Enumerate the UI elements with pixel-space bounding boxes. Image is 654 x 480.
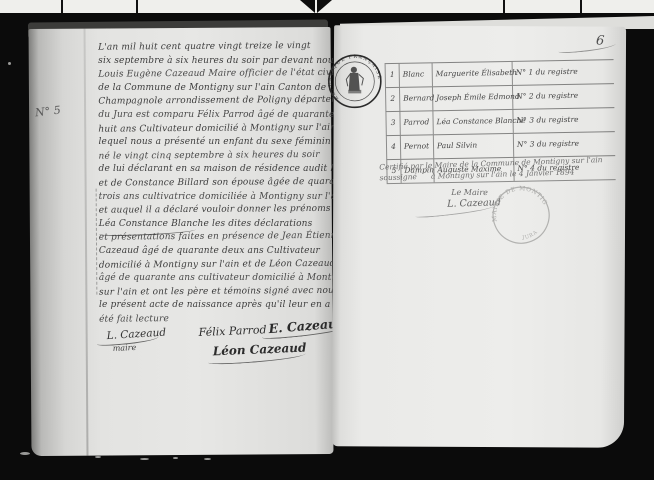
handwritten-line: né le vingt cinq septembre à six heures … [98,149,324,164]
index-table-cell: Parrod [399,111,432,135]
svg-text:MAIRIE DE MONTIGNY: MAIRIE DE MONTIGNY [488,182,549,228]
handwritten-line: et de Constance Billard son épouse âgée … [99,176,325,191]
handwritten-line: de lui déclarant en sa maison de résiden… [99,163,325,177]
film-tick-mark [503,0,505,13]
handwritten-line: Champagnole arrondissement de Poligny dé… [98,94,324,109]
index-table-cell: Marguerite Élisabeth [432,62,512,86]
index-table-row: 3ParrodLéa Constance BlancheN° 3 du regi… [385,107,614,135]
certification-title: Le Maire [451,188,488,197]
index-table-cell: Pernot [400,135,433,159]
index-table-cell: Blanc [399,63,432,87]
handwritten-line: et auquel il a déclaré vouloir donner le… [99,203,325,218]
index-table-cell: 4 [386,136,400,159]
microfilm-scan: N° 5 L'an mil huit cent quatre vingt tre… [0,0,654,480]
handwritten-line: du Jura est comparu Félix Parrod âgé de … [98,109,324,123]
signature-father: Félix Parrod [198,323,266,339]
paper-speck [95,456,101,458]
act-number-margin-note: N° 5 [34,104,61,120]
down-arrow-frame-marker-icon [317,0,332,13]
handwritten-line: huit ans Cultivateur domicilié à Montign… [98,121,324,136]
index-table-cell: N° 1 du registre [512,60,614,85]
handwritten-line: Cazeaud âgé de quarante deux ans Cultiva… [99,245,325,259]
register-left-page: N° 5 L'an mil huit cent quatre vingt tre… [29,27,334,456]
film-tick-mark [136,0,138,13]
index-table-cell: N° 2 du registre [512,84,614,109]
mairie-round-stamp-icon: MAIRIE DE MONTIGNY JURA [488,182,554,248]
paper-speck [8,62,11,65]
handwritten-line: six septembre à six heures du soir par d… [98,54,324,68]
handwritten-line: domicilié à Montigny sur l'ain et de Léo… [99,257,325,272]
page-number-flourish [558,41,616,54]
index-table-row: 1BlancMarguerite ÉlisabethN° 1 du regist… [385,59,614,87]
handwritten-line: de la Commune de Montigny sur l'ain Cant… [98,82,324,96]
index-table-cell: Joseph Émile Edmond [432,86,512,110]
register-right-page: 6 RÉPUBLIQUE FRANÇAISE 1BlancMarguerite … [332,25,626,448]
film-tick-mark [580,0,582,13]
handwritten-line: sur l'ain et ont les père et témoins sig… [99,285,325,300]
index-table-row: 2BernardJoseph Émile EdmondN° 2 du regis… [385,83,614,111]
birth-act-text: L'an mil huit cent quatre vingt treize l… [98,40,325,326]
paper-speck [20,452,30,455]
index-table-cell: 2 [385,88,399,111]
handwritten-line: L'an mil huit cent quatre vingt treize l… [98,40,324,55]
index-table-cell: 1 [385,64,399,87]
index-table-cell: Paul Silvin [433,134,513,158]
paper-speck [140,458,149,460]
margin-rule [96,189,98,295]
signature-mayor-title: maire [113,343,137,353]
down-arrow-frame-marker-icon [300,0,315,13]
index-table-cell: Bernard [399,87,432,111]
index-table-cell: Léa Constance Blanche [432,110,512,134]
index-table-cell: N° 3 du registre [512,108,614,133]
index-table-cell: N° 3 du registre [513,132,615,157]
paper-speck [204,458,211,460]
film-tick-mark [61,0,63,13]
republique-francaise-seal-icon: RÉPUBLIQUE FRANÇAISE [326,52,384,110]
handwritten-line: âgé de quarante ans cultivateur domicili… [99,272,325,286]
index-table-cell: 3 [385,112,399,135]
handwritten-line: Louis Eugène Cazeaud Maire officier de l… [98,67,324,82]
handwritten-line: trois ans cultivatrice domiciliée à Mont… [99,190,325,204]
page-crease [84,29,89,456]
paper-speck [173,457,178,459]
svg-text:JURA: JURA [519,228,540,243]
handwritten-line: le présent acte de naissance après qu'il… [99,299,325,313]
handwritten-line: lequel nous a présenté un enfant du sexe… [98,136,324,150]
film-strip [0,0,654,13]
certification-line: soussigné [379,171,417,183]
